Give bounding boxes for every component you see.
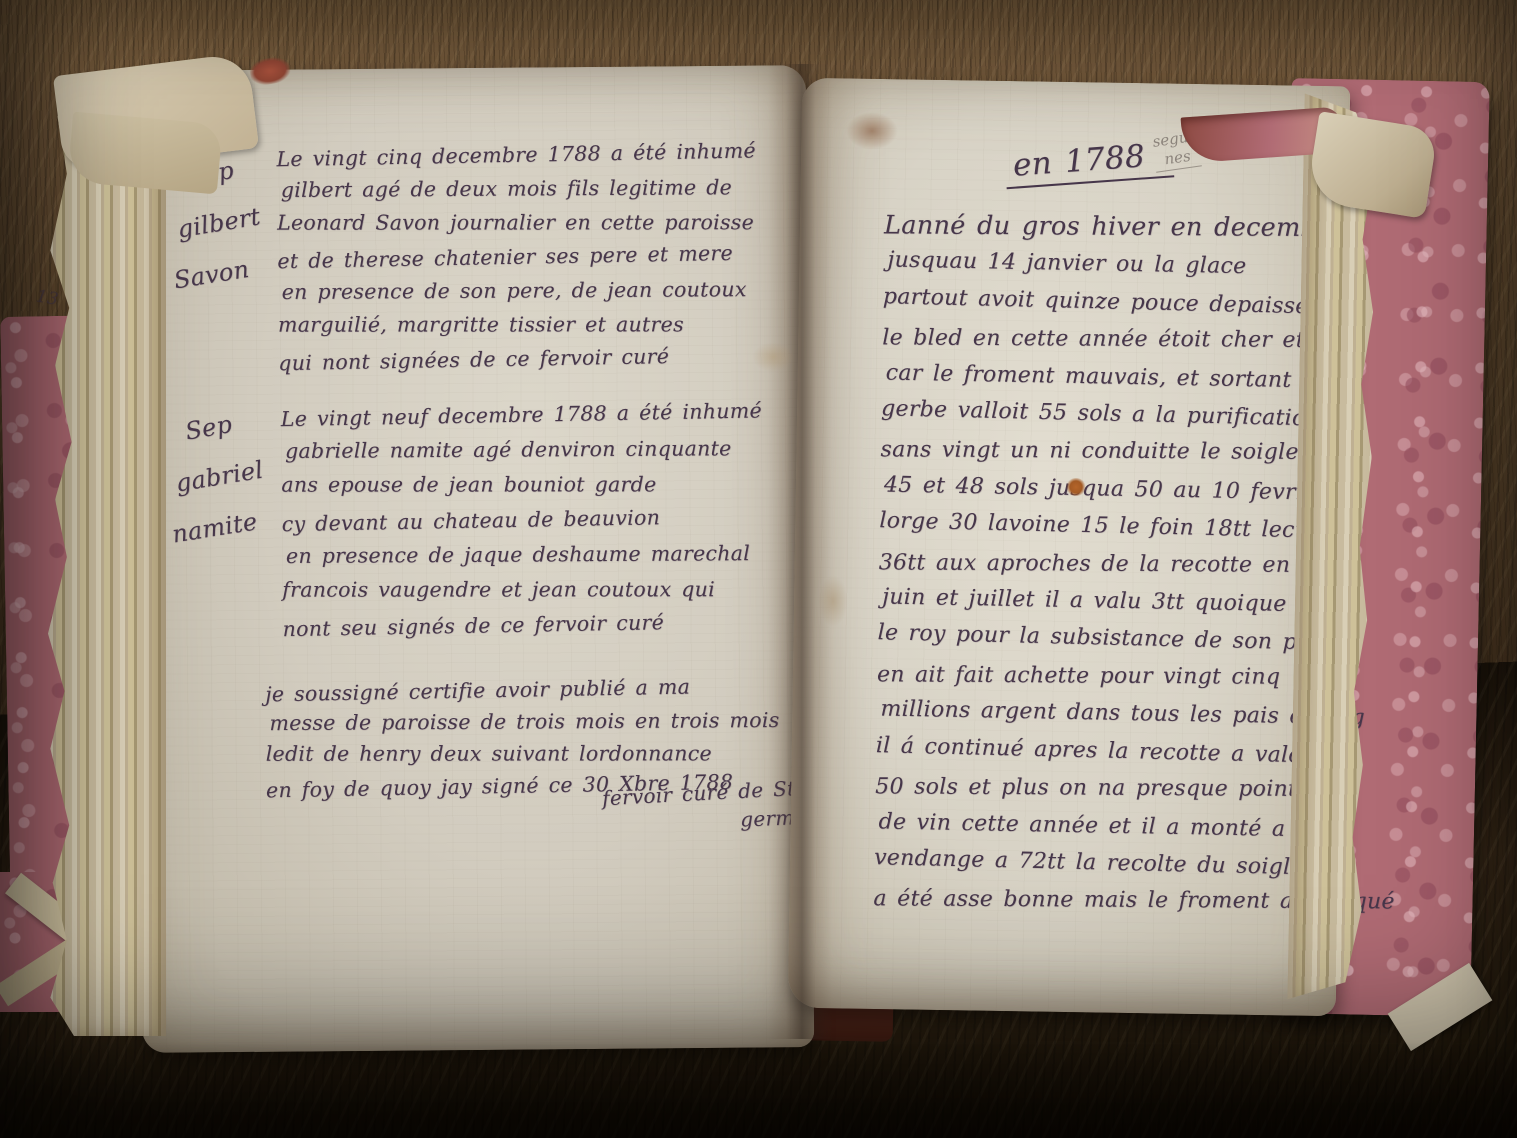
year-heading: en 1788 [1004, 136, 1175, 189]
left-page: Sep gilbert Savon Le vingt cinq decembre… [134, 65, 815, 1053]
entry-line: Leonard Savon journalier en cette parois… [277, 205, 797, 239]
right-page: en 1788 segue nes Lanné du gros hiver en… [788, 78, 1351, 1016]
entry-line: en presence de jaque deshaume marechal [286, 536, 806, 574]
burial-entry-gilbert-savon: Le vingt cinq decembre 1788 a été inhumé… [276, 135, 798, 378]
entry-line: gilbert agé de deux mois fils legitime d… [281, 170, 801, 207]
entry-line: qui nont signées de ce fervoir curé [278, 337, 799, 381]
chronicle-line: Lanné du gros hiver en decembre [884, 207, 1358, 247]
entry-line: gabrielle namite agé denviron cinquante [285, 431, 805, 469]
chronicle-of-1788-winter: Lanné du gros hiver en decembre jusquau … [873, 205, 1358, 923]
entry-line: messe de paroisse de trois mois en trois… [269, 704, 799, 739]
chronicle-line: 36tt aux aproches de la recotte en [879, 544, 1353, 584]
entry-line: en presence de son pere, de jean coutoux [282, 272, 802, 309]
chronicle-line: sans vingt un ni conduitte le soigle [880, 432, 1354, 472]
burial-entry-gabrielle-namite: Le vingt neuf decembre 1788 a été inhumé… [281, 395, 803, 645]
table-shadow [0, 1042, 1517, 1138]
entry-line: ans epouse de jean bouniot garde [281, 467, 801, 502]
faint-stub-numeral: 13 [34, 286, 59, 310]
entry-line: ledit de henry deux suivant lordonnance [266, 737, 796, 769]
entry-line: francois vaugendre et jean coutoux qui [282, 572, 802, 607]
chronicle-line: a été asse bonne mais le froment a manqu… [873, 881, 1347, 921]
entry-line: nont seu signés de ce fervoir curé [282, 603, 803, 648]
chronicle-line: 50 sols et plus on na presque point fait [875, 768, 1349, 808]
chronicle-line: le bled en cette année étoit cher et rar… [882, 320, 1356, 360]
photo-of-open-manuscript-book: Sep gilbert Savon Le vingt cinq decembre… [0, 0, 1517, 1138]
chronicle-line: en ait fait achette pour vingt cinq [877, 656, 1351, 696]
entry-line: marguilié, margritte tissier et autres [278, 307, 798, 341]
